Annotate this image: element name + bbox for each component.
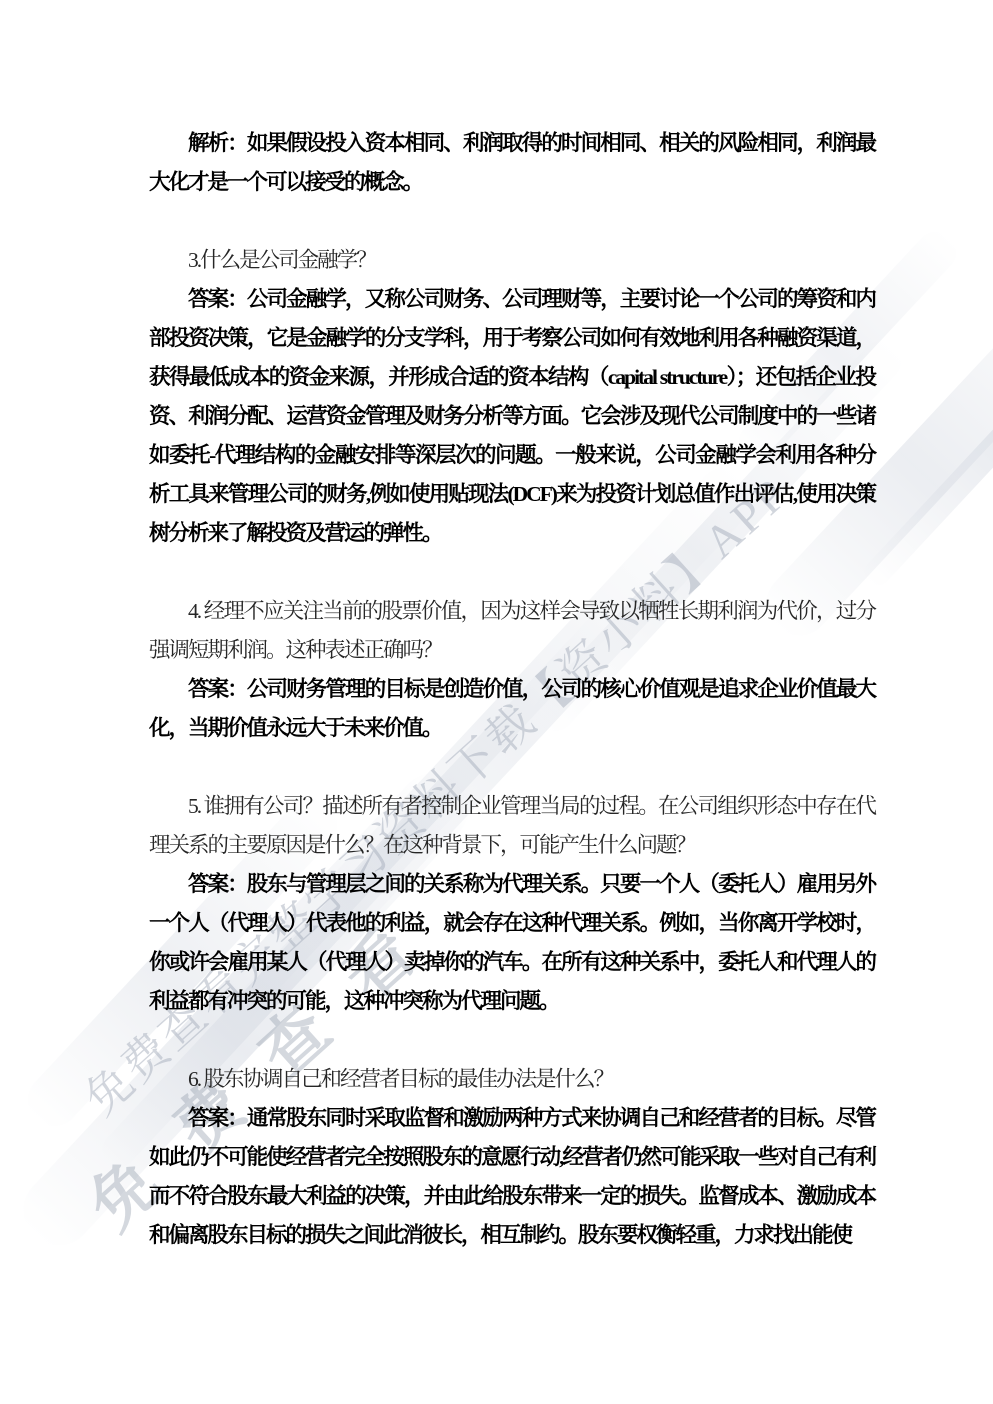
paragraph-answer-6: 答案：通常股东同时采取监督和激励两种方式来协调自己和经营者的目标。尽管如此仍不可… (149, 1099, 875, 1255)
paragraph-question-5: 5. 谁拥有公司？描述所有者控制企业管理当局的过程。在公司组织形态中存在代理关系… (149, 787, 875, 865)
watermark-streak (859, 259, 993, 591)
paragraph-answer-5: 答案：股东与管理层之间的关系称为代理关系。只要一个人（委托人）雇用另外一个人（代… (149, 865, 875, 1021)
document-page: 免费查看 免费查看完整学习资料下载【资小料】APP 解析：如果假设投入资本相同、… (0, 0, 993, 1404)
paragraph-question-3: 3.什么是公司金融学？ (149, 241, 875, 280)
paragraph-answer-3: 答案：公司金融学，又称公司财务、公司理财等，主要讨论一个公司的筹资和内部投资决策… (149, 280, 875, 553)
paragraph-analysis-2: 解析：如果假设投入资本相同、利润取得的时间相同、相关的风险相同，利润最大化才是一… (149, 124, 875, 202)
paragraph-question-4: 4. 经理不应关注当前的股票价值，因为这样会导致以牺牲长期利润为代价，过分强调短… (149, 592, 875, 670)
paragraph-question-6: 6. 股东协调自己和经营者目标的最佳办法是什么？ (149, 1060, 875, 1099)
paragraph-answer-4: 答案：公司财务管理的目标是创造价值，公司的核心价值观是追求企业价值最大化，当期价… (149, 670, 875, 748)
document-content: 解析：如果假设投入资本相同、利润取得的时间相同、相关的风险相同，利润最大化才是一… (149, 124, 875, 1255)
